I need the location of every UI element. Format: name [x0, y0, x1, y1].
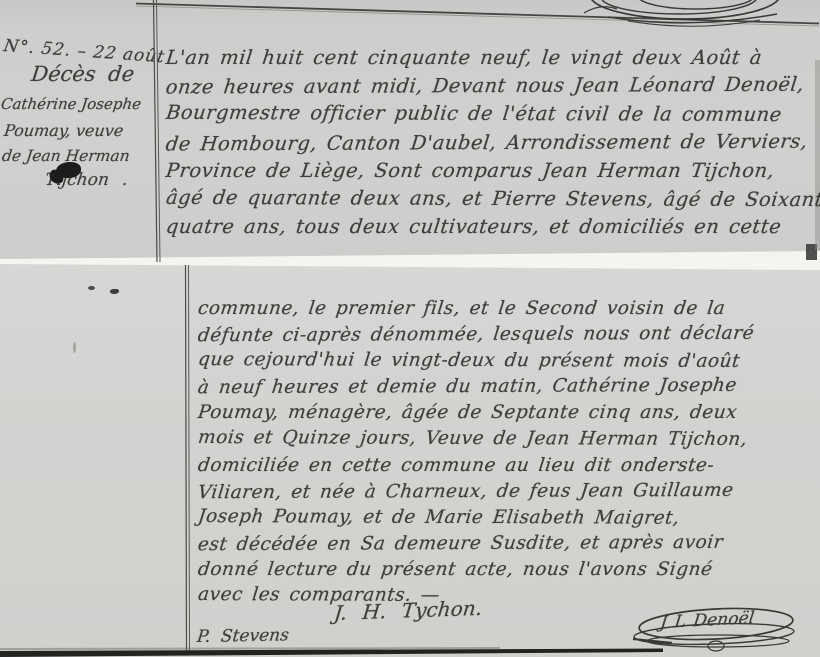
signature-denoel: J L Denoël: [659, 608, 756, 633]
act-line: que cejourd'hui le vingt-deux du présent…: [197, 347, 756, 375]
act-line: quatre ans, tous deux cultivateurs, et d…: [164, 213, 820, 241]
act-line: onze heures avant midi, Devant nous Jean…: [164, 71, 820, 102]
handwriting-layer: N°. 52. – 22 août Décès de Cathérine Jos…: [0, 0, 820, 657]
act-line: donné lecture du présent acte, nous l'av…: [196, 557, 755, 583]
act-line: âgé de quarante deux ans, et Pierre Stev…: [164, 184, 820, 215]
signature-stevens: P. Stevens: [196, 625, 290, 647]
act-body-part2: commune, le premier fils, et le Second v…: [198, 296, 754, 609]
ink-smudge: [73, 342, 76, 353]
act-line: mois et Quinze jours, Veuve de Jean Herm…: [197, 425, 756, 453]
signature-tychon: J. H. Tychon.: [333, 596, 484, 625]
margin-line: Décès de: [30, 62, 136, 86]
margin-line: Poumay, veuve: [3, 121, 125, 140]
register-scan-page: N°. 52. – 22 août Décès de Cathérine Jos…: [0, 0, 820, 657]
margin-line: Cathérine Josephe: [0, 95, 142, 113]
act-line: Poumay, ménagère, âgée de Septante cinq …: [196, 400, 755, 426]
act-line: Province de Liège, Sont comparus Jean He…: [164, 157, 820, 185]
act-line: est décédée en Sa demeure Susdite, et ap…: [196, 530, 755, 559]
act-line: de Hombourg, Canton D'aubel, Arrondissem…: [164, 127, 820, 158]
act-line: commune, le premier fils, et le Second v…: [196, 296, 755, 322]
act-line: défunte ci-après dénommée, lesquels nous…: [196, 321, 755, 350]
act-line: à neuf heures et demie du matin, Cathéri…: [196, 373, 755, 402]
ink-smudge: [88, 286, 95, 290]
act-line: domiciliée en cette commune au lieu dit …: [196, 453, 755, 479]
act-line: L'an mil huit cent cinquante neuf, le vi…: [164, 44, 820, 72]
act-body-part1: L'an mil huit cent cinquante neuf, le vi…: [166, 44, 820, 241]
act-line: Viliaren, et née à Charneux, de feus Jea…: [196, 477, 755, 506]
act-line: Bourgmestre officier public de l'état ci…: [164, 99, 820, 130]
act-line: Joseph Poumay, et de Marie Elisabeth Mai…: [197, 504, 756, 532]
ink-smudge: [110, 289, 119, 294]
